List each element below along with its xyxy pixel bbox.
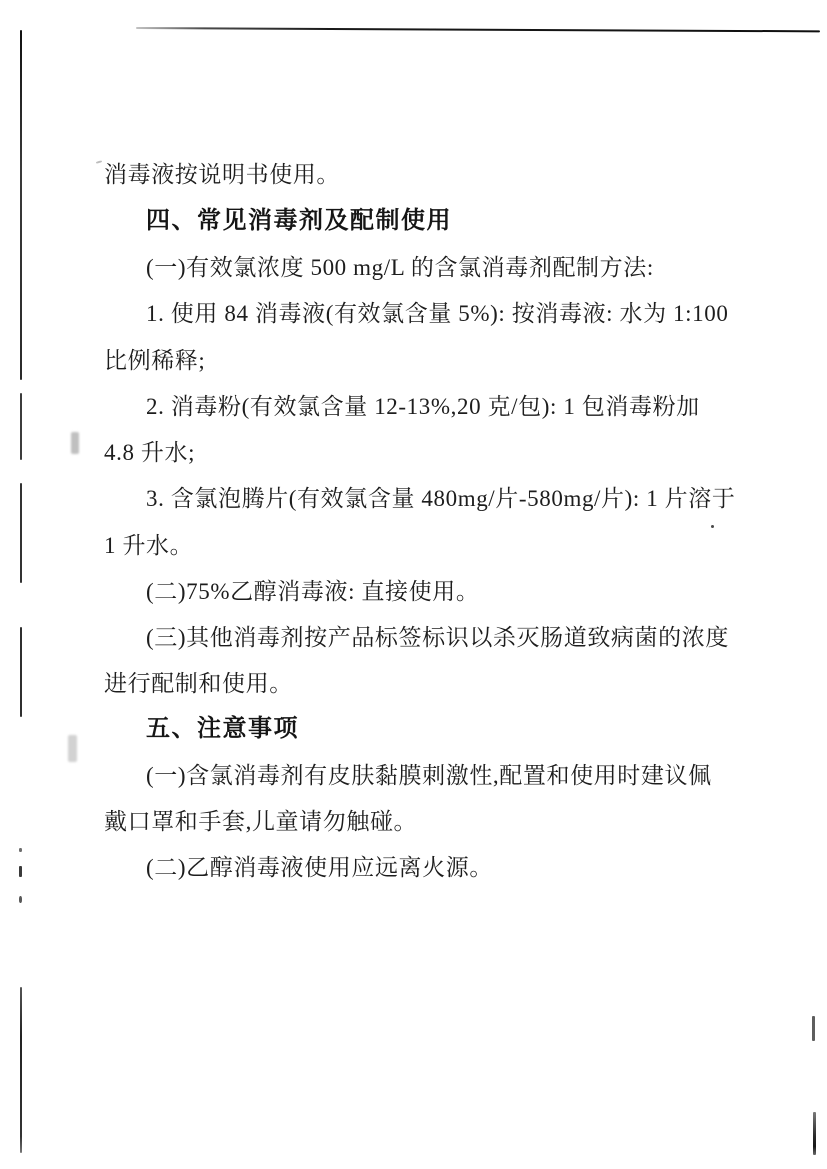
scan-smudge bbox=[71, 432, 79, 454]
scan-right-edge-mark-1 bbox=[812, 1016, 815, 1041]
scan-right-edge-mark-2 bbox=[813, 1112, 816, 1155]
scan-top-edge-line bbox=[136, 27, 820, 32]
scan-speck bbox=[19, 866, 22, 877]
scan-speck bbox=[19, 848, 22, 852]
body-line: (一)有效氯浓度 500 mg/L 的含氯消毒剂配制方法: bbox=[146, 252, 654, 284]
body-line: (二)75%乙醇消毒液: 直接使用。 bbox=[146, 576, 479, 608]
body-line: 3. 含氯泡腾片(有效氯含量 480mg/片-580mg/片): 1 片溶于 bbox=[146, 483, 735, 515]
body-line: 消毒液按说明书使用。 bbox=[104, 159, 340, 191]
section-heading-4: 四、常见消毒剂及配制使用 bbox=[146, 205, 452, 237]
body-line: 4.8 升水; bbox=[104, 437, 195, 469]
body-line: 戴口罩和手套,儿童请勿触碰。 bbox=[104, 806, 417, 838]
body-line: 1 升水。 bbox=[104, 530, 193, 562]
body-line: (二)乙醇消毒液使用应远离火源。 bbox=[146, 852, 493, 884]
scan-left-edge-line-3 bbox=[20, 483, 22, 583]
scanned-document-page: 消毒液按说明书使用。 四、常见消毒剂及配制使用 (一)有效氯浓度 500 mg/… bbox=[0, 0, 827, 1169]
scan-stray-dot bbox=[711, 525, 714, 528]
section-heading-5: 五、注意事项 bbox=[146, 713, 299, 745]
scan-left-edge-line-5 bbox=[20, 987, 22, 1153]
body-line: 进行配制和使用。 bbox=[104, 668, 293, 700]
body-line: 2. 消毒粉(有效氯含量 12-13%,20 克/包): 1 包消毒粉加 bbox=[146, 391, 700, 423]
body-line: 1. 使用 84 消毒液(有效氯含量 5%): 按消毒液: 水为 1:100 bbox=[146, 298, 728, 330]
body-line: 比例稀释; bbox=[104, 345, 205, 377]
scan-left-edge-line-1 bbox=[20, 30, 22, 380]
body-line: (三)其他消毒剂按产品标签标识以杀灭肠道致病菌的浓度 bbox=[146, 622, 729, 654]
scan-left-edge-line-4 bbox=[20, 627, 22, 717]
scan-smudge bbox=[68, 735, 77, 762]
scan-left-edge-line-2 bbox=[20, 393, 22, 460]
body-line: (一)含氯消毒剂有皮肤黏膜刺激性,配置和使用时建议佩 bbox=[146, 760, 712, 792]
scan-speck bbox=[19, 896, 22, 903]
scan-speck bbox=[96, 160, 102, 163]
